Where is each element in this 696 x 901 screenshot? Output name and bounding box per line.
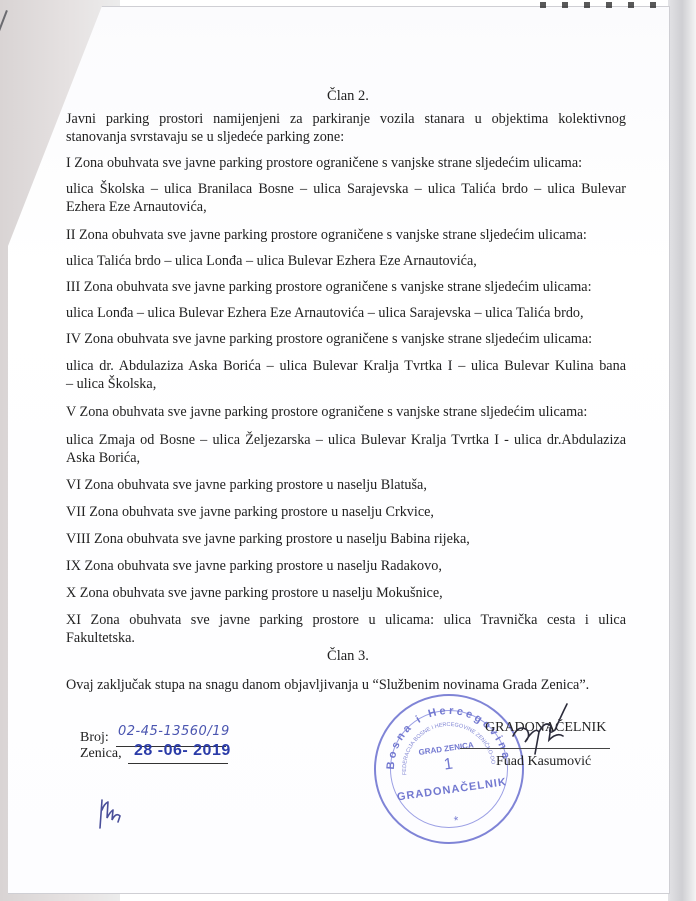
zone-1-heading: I Zona obuhvata sve javne parking prosto… <box>66 154 626 172</box>
zone-11-streets-1: Fakultetska. <box>66 629 626 647</box>
zone-5-heading: V Zona obuhvata sve javne parking prosto… <box>66 403 626 421</box>
zone-8-heading: VIII Zona obuhvata sve javne parking pro… <box>66 530 626 548</box>
zone-3-streets-1: ulica Lonđa – ulica Bulevar Ezhera Eze A… <box>66 304 626 322</box>
zone-4-streets-2: – ulica Školska, <box>66 375 626 393</box>
initials-signature <box>96 796 136 836</box>
document-number: 02-45-13560/19 <box>118 724 230 739</box>
intro-line-1: Javni parking prostori namijenjeni za pa… <box>66 110 626 128</box>
document-content: Član 2. Javni parking prostori namijenje… <box>0 0 696 901</box>
zone-6-heading: VI Zona obuhvata sve javne parking prost… <box>66 476 626 494</box>
zone-2-streets-1: ulica Talića brdo – ulica Lonđa – ulica … <box>66 252 626 270</box>
number-label: Broj: <box>80 730 109 746</box>
zone-9-heading: IX Zona obuhvata sve javne parking prost… <box>66 557 626 575</box>
zone-7-heading: VII Zona obuhvata sve javne parking pros… <box>66 503 626 521</box>
zone-5-streets-1: ulica Zmaja od Bosne – ulica Željezarska… <box>66 431 626 449</box>
zone-1-streets-2: Ezhera Eze Arnautovića, <box>66 198 626 216</box>
zone-2-heading: II Zona obuhvata sve javne parking prost… <box>66 226 626 244</box>
mayor-signature <box>505 696 575 766</box>
zone-5-streets-2: Aska Borića, <box>66 449 626 467</box>
date-underline <box>128 763 228 764</box>
zone-10-heading: X Zona obuhvata sve javne parking prosto… <box>66 584 626 602</box>
intro-line-2: stanovanja svrstavaju se u sljedeće park… <box>66 128 626 146</box>
zone-4-heading: IV Zona obuhvata sve javne parking prost… <box>66 330 626 348</box>
zone-3-heading: III Zona obuhvata sve javne parking pros… <box>66 278 626 296</box>
article-3-text: Ovaj zaključak stupa na snagu danom obja… <box>66 676 626 694</box>
date-stamp: 28 -06- 2019 <box>134 742 231 760</box>
place-label: Zenica, <box>80 746 122 762</box>
article-2-title: Član 2. <box>0 88 696 105</box>
zone-4-streets-1: ulica dr. Abdulaziza Aska Borića – ulica… <box>66 357 626 375</box>
zone-11-heading: XI Zona obuhvata sve javne parking prost… <box>66 611 626 629</box>
article-3-title: Član 3. <box>0 648 696 665</box>
zone-1-streets-1: ulica Školska – ulica Branilaca Bosne – … <box>66 180 626 198</box>
